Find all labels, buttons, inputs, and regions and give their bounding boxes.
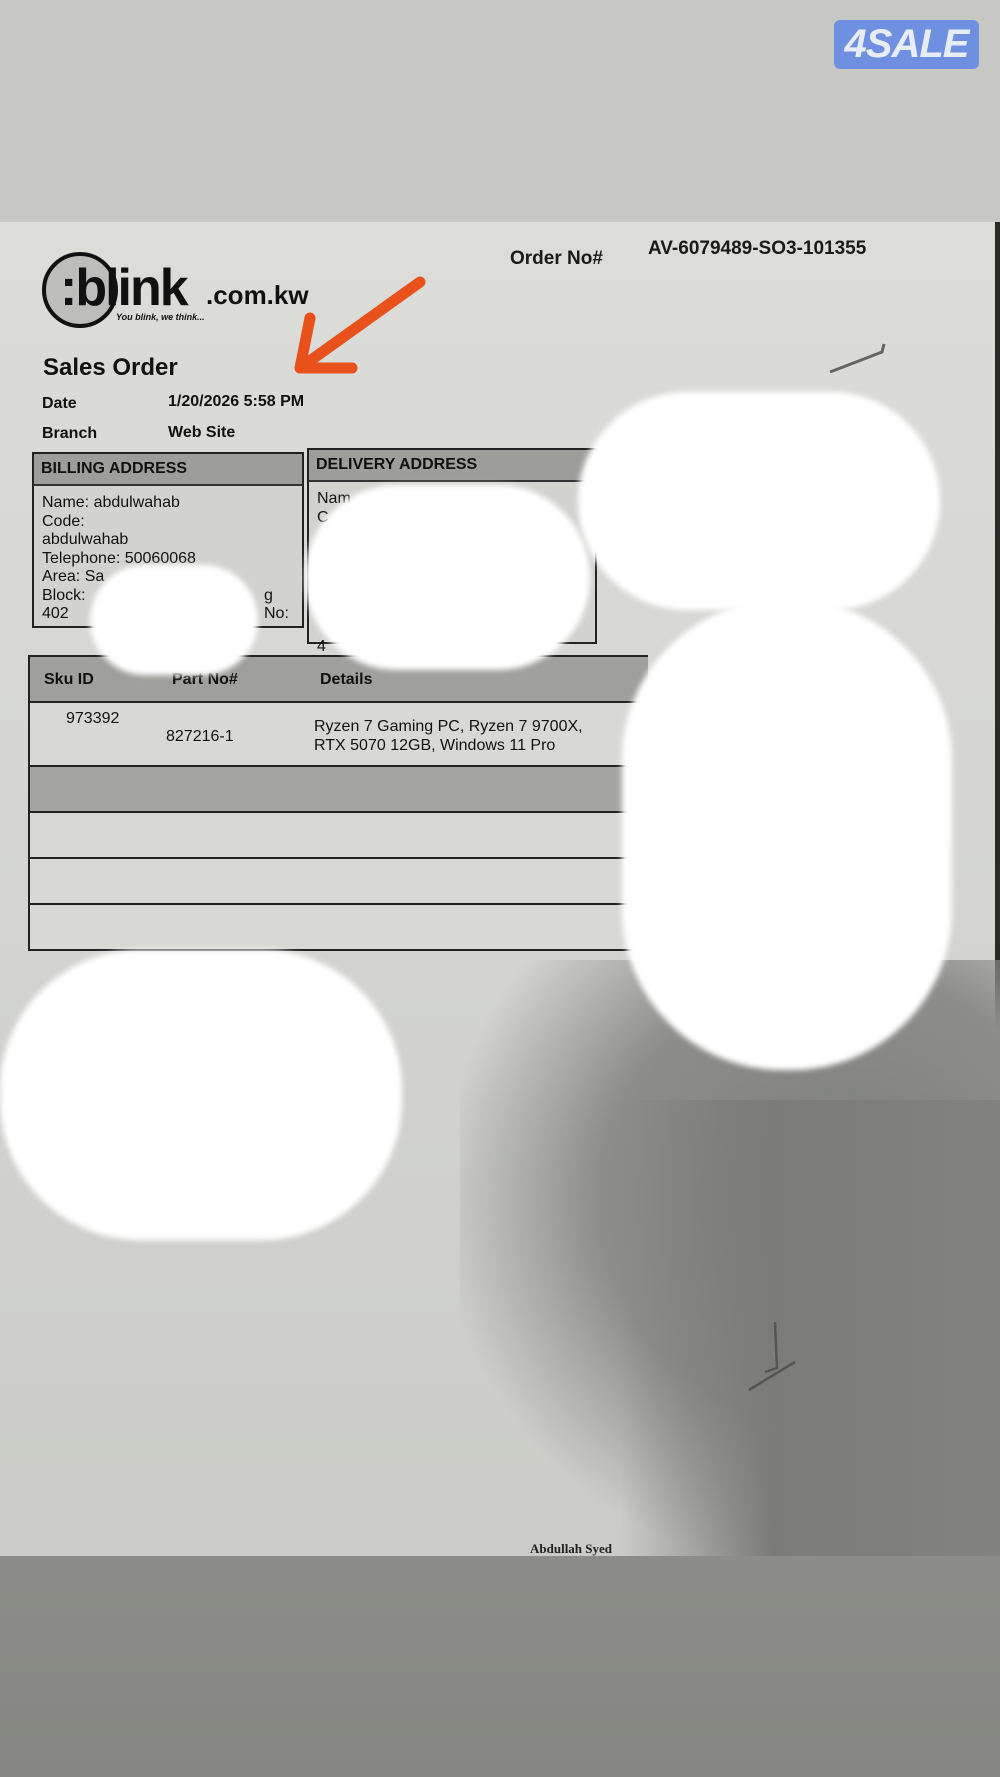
logo-tagline: You blink, we think... [116, 312, 205, 322]
redaction-blob [90, 565, 258, 675]
redaction-blob [305, 485, 590, 670]
redaction-blob [0, 950, 402, 1240]
table-row [30, 859, 648, 905]
logo-mark: :blink [60, 258, 187, 318]
date-value: 1/20/2026 5:58 PM [168, 393, 304, 411]
billing-line: Code: [42, 513, 302, 532]
table-row [30, 905, 648, 951]
billing-line: abdulwahab [42, 531, 302, 550]
delivery-address-heading: DELIVERY ADDRESS [309, 450, 595, 482]
column-header-sku: Sku ID [44, 671, 94, 689]
pen-mark-icon [826, 340, 890, 376]
redaction-blob [578, 392, 940, 610]
billing-partial-text: g No: [264, 587, 302, 624]
table-row [30, 767, 648, 813]
part-no-cell: 827216-1 [166, 727, 234, 746]
items-table: Sku ID Part No# Details 973392 827216-1 … [28, 655, 648, 951]
table-row: 973392 827216-1 Ryzen 7 Gaming PC, Ryzen… [30, 703, 648, 767]
brand-watermark: 4SALE [834, 20, 979, 69]
annotation-arrow-icon [280, 270, 440, 390]
signature-name: Abdullah Syed [530, 1541, 612, 1557]
pen-mark-icon [745, 1318, 805, 1398]
background-bottom [0, 1556, 1000, 1777]
details-cell: Ryzen 7 Gaming PC, Ryzen 7 9700X, RTX 50… [314, 717, 583, 755]
branch-label: Branch [42, 425, 97, 443]
column-header-details: Details [320, 671, 372, 689]
table-row [30, 813, 648, 859]
billing-line: Name: abdulwahab [42, 494, 302, 513]
branch-value: Web Site [168, 424, 235, 442]
date-label: Date [42, 395, 77, 413]
order-number-label: Order No# [510, 248, 603, 270]
order-number-value: AV-6079489-SO3-101355 [648, 238, 866, 260]
redaction-blob [622, 600, 952, 1070]
billing-address-heading: BILLING ADDRESS [34, 454, 302, 486]
document-title: Sales Order [43, 354, 178, 382]
hand-shadow-lower [620, 1100, 1000, 1556]
sku-cell: 973392 [66, 709, 119, 728]
